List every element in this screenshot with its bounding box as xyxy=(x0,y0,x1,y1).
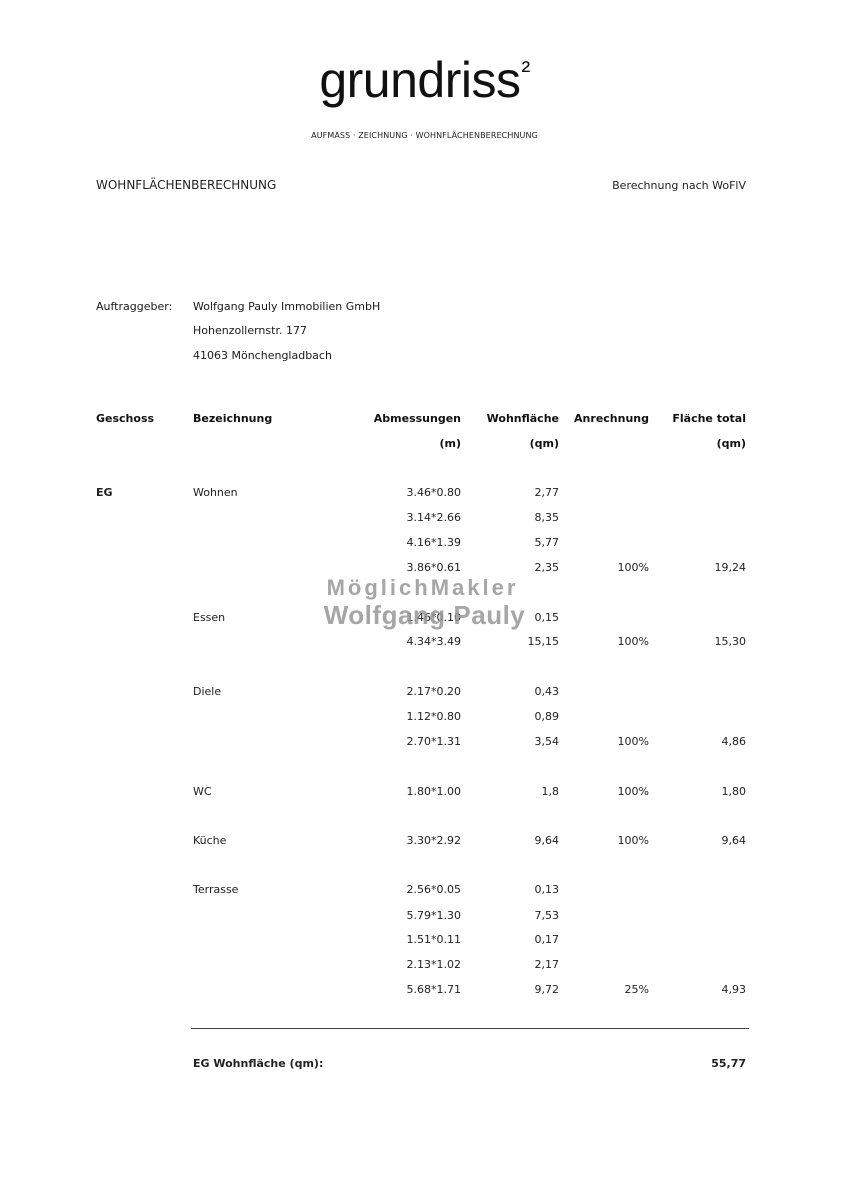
summary-value: 55,77 xyxy=(711,1057,746,1070)
summary-label: EG Wohnfläche (qm): xyxy=(193,1057,323,1070)
room-name: Wohnen xyxy=(193,486,238,499)
factor-cell: 100% xyxy=(618,834,649,847)
dimensions-cell: 2.56*0.05 xyxy=(407,883,461,896)
room-name: Terrasse xyxy=(193,883,238,896)
room-name: WC xyxy=(193,785,212,798)
area-cell: 0,17 xyxy=(535,933,560,946)
factor-cell: 25% xyxy=(625,983,649,996)
calculation-method: Berechnung nach WoFlV xyxy=(612,179,746,192)
area-cell: 2,77 xyxy=(535,486,560,499)
factor-cell: 100% xyxy=(618,785,649,798)
factor-cell: 100% xyxy=(618,561,649,574)
room-name: Küche xyxy=(193,834,226,847)
area-cell: 9,72 xyxy=(535,983,560,996)
document-title: WOHNFLÄCHENBERECHNUNG xyxy=(96,178,276,192)
total-cell: 19,24 xyxy=(715,561,747,574)
logo-superscript: ² xyxy=(521,55,529,85)
header-factor: Anrechnung xyxy=(574,412,649,425)
header-area-unit: (qm) xyxy=(530,437,559,450)
dimensions-cell: 1.51*0.11 xyxy=(407,933,461,946)
client-street: Hohenzollernstr. 177 xyxy=(193,324,307,337)
client-label: Auftraggeber: xyxy=(96,300,172,313)
factor-cell: 100% xyxy=(618,735,649,748)
area-cell: 8,35 xyxy=(535,511,560,524)
area-cell: 1,8 xyxy=(542,785,560,798)
header-floor: Geschoss xyxy=(96,412,154,425)
area-cell: 2,17 xyxy=(535,958,560,971)
dimensions-cell: 2.70*1.31 xyxy=(407,735,461,748)
area-cell: 3,54 xyxy=(535,735,560,748)
area-cell: 2,35 xyxy=(535,561,560,574)
total-cell: 9,64 xyxy=(722,834,747,847)
area-cell: 15,15 xyxy=(528,635,560,648)
header-room: Bezeichnung xyxy=(193,412,272,425)
client-city: 41063 Mönchengladbach xyxy=(193,349,332,362)
watermark-line-1: MöglichMakler xyxy=(0,577,847,599)
dimensions-cell: 3.14*2.66 xyxy=(407,511,461,524)
header-area: Wohnfläche xyxy=(487,412,559,425)
area-cell: 5,77 xyxy=(535,536,560,549)
logo-text: grundriss xyxy=(319,52,520,108)
dimensions-cell: 4.16*1.39 xyxy=(407,536,461,549)
area-cell: 0,43 xyxy=(535,685,560,698)
area-cell: 0,13 xyxy=(535,883,560,896)
factor-cell: 100% xyxy=(618,635,649,648)
total-cell: 4,86 xyxy=(722,735,747,748)
dimensions-cell: 2.13*1.02 xyxy=(407,958,461,971)
area-cell: 0,89 xyxy=(535,710,560,723)
header-total-unit: (qm) xyxy=(717,437,746,450)
total-cell: 4,93 xyxy=(722,983,747,996)
logo: grundriss² xyxy=(0,55,849,105)
header-total: Fläche total xyxy=(672,412,746,425)
dimensions-cell: 5.68*1.71 xyxy=(407,983,461,996)
tagline: AUFMASS · ZEICHNUNG · WOHNFLÄCHENBERECHN… xyxy=(0,131,849,140)
total-cell: 1,80 xyxy=(722,785,747,798)
dimensions-cell: 2.17*0.20 xyxy=(407,685,461,698)
dimensions-cell: 3.86*0.61 xyxy=(407,561,461,574)
dimensions-cell: 1.80*1.00 xyxy=(407,785,461,798)
dimensions-cell: 1.12*0.80 xyxy=(407,710,461,723)
room-name: Diele xyxy=(193,685,221,698)
divider xyxy=(191,1028,749,1029)
client-name: Wolfgang Pauly Immobilien GmbH xyxy=(193,300,380,313)
area-cell: 7,53 xyxy=(535,909,560,922)
header-dimensions-unit: (m) xyxy=(439,437,461,450)
dimensions-cell: 3.46*0.80 xyxy=(407,486,461,499)
dimensions-cell: 5.79*1.30 xyxy=(407,909,461,922)
header-dimensions: Abmessungen xyxy=(374,412,461,425)
total-cell: 15,30 xyxy=(715,635,747,648)
floor-label: EG xyxy=(96,486,113,499)
watermark-line-2: Wolfgang Pauly xyxy=(0,602,849,628)
dimensions-cell: 3.30*2.92 xyxy=(407,834,461,847)
dimensions-cell: 4.34*3.49 xyxy=(407,635,461,648)
area-cell: 9,64 xyxy=(535,834,560,847)
